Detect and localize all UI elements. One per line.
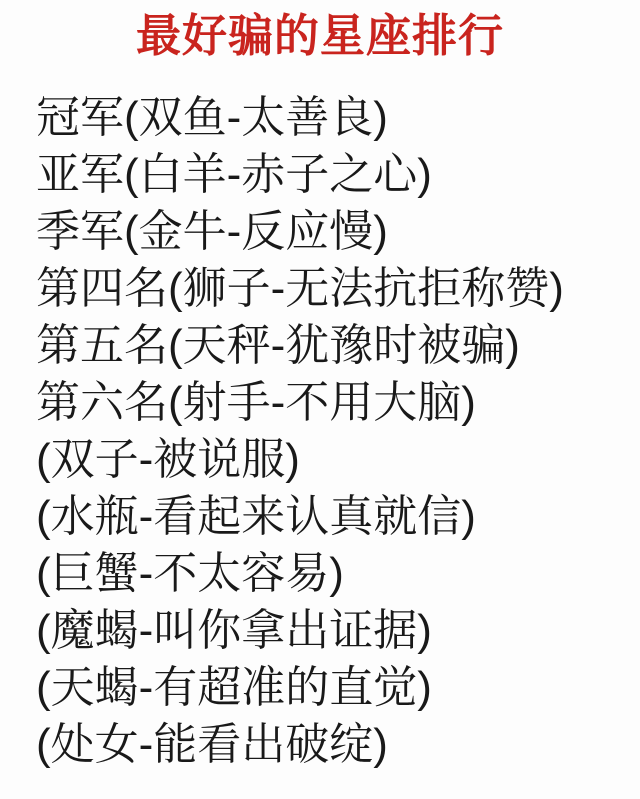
list-item-gemini: (双子-被说服) bbox=[36, 431, 632, 488]
list-item-taurus: 季军(金牛-反应慢) bbox=[36, 203, 632, 260]
list-item-sagittarius: 第六名(射手-不用大脑) bbox=[36, 374, 632, 431]
list-item-aquarius: (水瓶-看起来认真就信) bbox=[36, 488, 632, 545]
zodiac-ranking-page: 最好骗的星座排行 冠军(双鱼-太善良) 亚军(白羊-赤子之心) 季军(金牛-反应… bbox=[0, 0, 640, 799]
page-title: 最好骗的星座排行 bbox=[0, 0, 640, 58]
list-item-cancer: (巨蟹-不太容易) bbox=[36, 545, 632, 602]
ranking-list: 冠军(双鱼-太善良) 亚军(白羊-赤子之心) 季军(金牛-反应慢) 第四名(狮子… bbox=[36, 89, 632, 773]
list-item-aries: 亚军(白羊-赤子之心) bbox=[36, 146, 632, 203]
list-item-pisces: 冠军(双鱼-太善良) bbox=[36, 89, 632, 146]
list-item-leo: 第四名(狮子-无法抗拒称赞) bbox=[36, 260, 632, 317]
list-item-virgo: (处女-能看出破绽) bbox=[36, 716, 632, 773]
list-item-capricorn: (魔蝎-叫你拿出证据) bbox=[36, 602, 632, 659]
list-item-scorpio: (天蝎-有超准的直觉) bbox=[36, 659, 632, 716]
list-item-libra: 第五名(天秤-犹豫时被骗) bbox=[36, 317, 632, 374]
